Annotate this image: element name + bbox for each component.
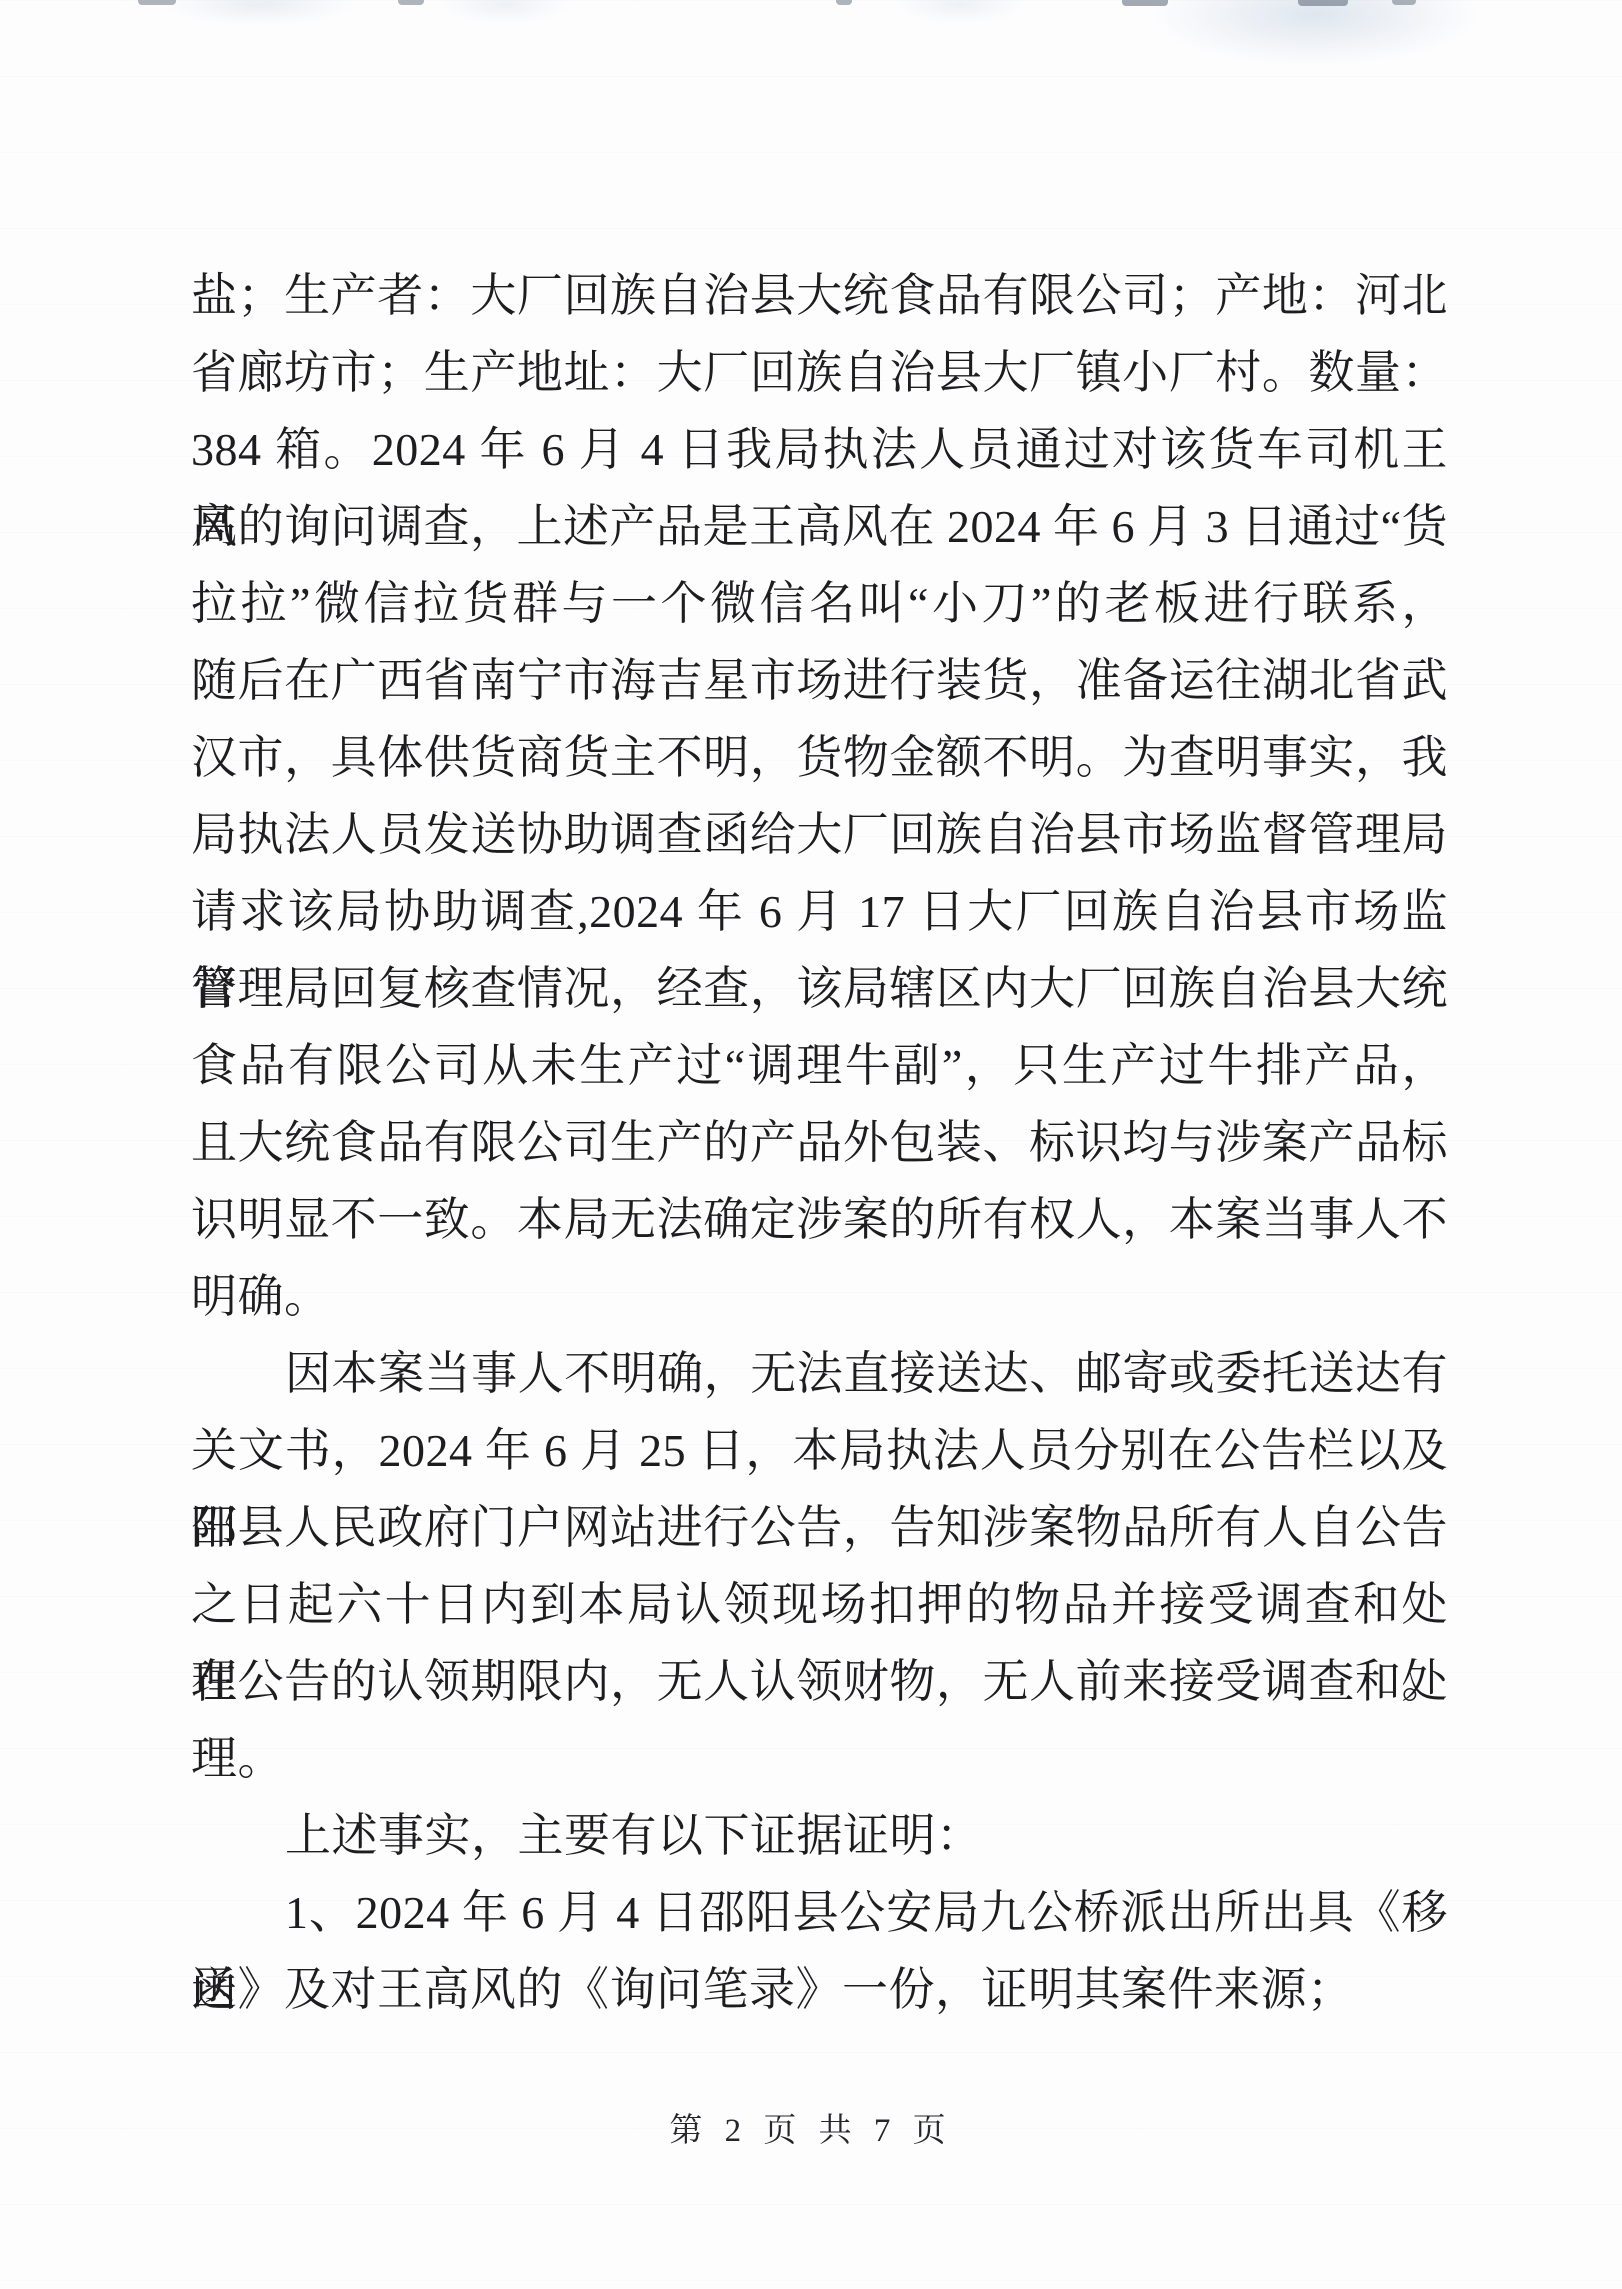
text-line: 风的询问调查，上述产品是王高风在 2024 年 6 月 3 日通过“货 [191,488,1448,565]
scan-speck [1298,0,1348,6]
text-line: 理。 [191,1720,1448,1797]
text-line: 1、2024 年 6 月 4 日邵阳县公安局九公桥派出所出具《移送 [191,1874,1448,1951]
text-line: 因本案当事人不明确，无法直接送达、邮寄或委托送达有 [191,1335,1448,1412]
scan-smudge [1150,0,1480,67]
document-page: 盐；生产者：大厂回族自治县大统食品有限公司；产地：河北 省廊坊市；生产地址：大厂… [0,0,1622,2289]
scan-smudge [165,0,355,26]
text-line: 在公告的认领期限内，无人认领财物，无人前来接受调查和处 [191,1643,1448,1720]
text-line: 明确。 [191,1258,1448,1335]
scan-speck [1122,0,1168,6]
text-line: 函》及对王高风的《询问笔录》一份，证明其案件来源； [191,1951,1448,2028]
document-body: 盐；生产者：大厂回族自治县大统食品有限公司；产地：河北 省廊坊市；生产地址：大厂… [191,257,1448,2028]
text-line: 请求该局协助调查,2024 年 6 月 17 日大厂回族自治县市场监督 [191,873,1448,950]
text-line: 盐；生产者：大厂回族自治县大统食品有限公司；产地：河北 [191,257,1448,334]
text-line: 随后在广西省南宁市海吉星市场进行装货，准备运往湖北省武 [191,642,1448,719]
scan-speck [398,0,424,5]
scan-smudge [895,0,1025,24]
text-line: 阳县人民政府门户网站进行公告，告知涉案物品所有人自公告 [191,1489,1448,1566]
text-line: 384 箱。2024 年 6 月 4 日我局执法人员通过对该货车司机王高 [191,411,1448,488]
text-line: 省廊坊市；生产地址：大厂回族自治县大厂镇小厂村。数量： [191,334,1448,411]
scan-speck [836,0,852,5]
text-line: 局执法人员发送协助调查函给大厂回族自治县市场监督管理局 [191,796,1448,873]
text-line: 管理局回复核查情况，经查，该局辖区内大厂回族自治县大统 [191,950,1448,1027]
text-line: 汉市，具体供货商货主不明，货物金额不明。为查明事实，我 [191,719,1448,796]
text-line: 食品有限公司从未生产过“调理牛副”，只生产过牛排产品， [191,1027,1448,1104]
text-line: 上述事实，主要有以下证据证明： [191,1797,1448,1874]
scan-smudge [440,0,570,24]
text-line: 拉拉”微信拉货群与一个微信名叫“小刀”的老板进行联系， [191,565,1448,642]
text-line: 关文书，2024 年 6 月 25 日，本局执法人员分别在公告栏以及邵 [191,1412,1448,1489]
scan-speck [1392,0,1416,5]
text-line: 且大统食品有限公司生产的产品外包装、标识均与涉案产品标 [191,1104,1448,1181]
text-line: 之日起六十日内到本局认领现场扣押的物品并接受调查和处理。 [191,1566,1448,1643]
scan-speck [138,0,176,5]
text-line: 识明显不一致。本局无法确定涉案的所有权人，本案当事人不 [191,1181,1448,1258]
page-number: 第 2 页 共 7 页 [0,2104,1622,2151]
